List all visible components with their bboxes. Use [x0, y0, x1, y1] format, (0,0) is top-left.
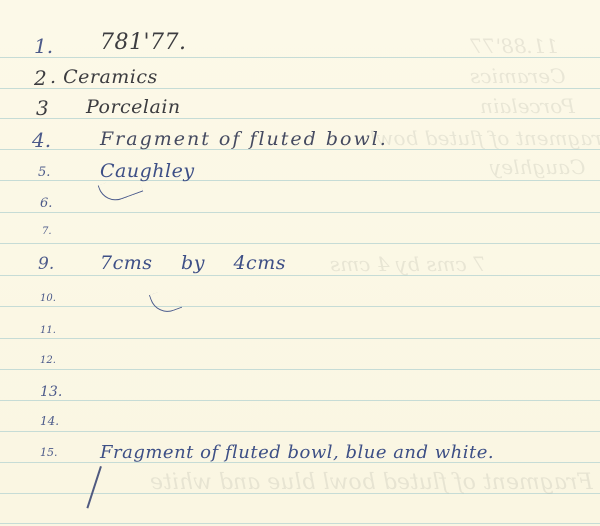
- bleed-through-text: Ceramics: [470, 64, 565, 88]
- bleed-through-text: Fragment of fluted bowl blue and white: [150, 470, 593, 495]
- bleed-through-text: Porcelain: [480, 94, 575, 118]
- ruled-line: [0, 523, 600, 524]
- bleed-through-text: Caughley: [490, 155, 585, 179]
- entry-number: 9.: [38, 254, 54, 274]
- entry-material: Porcelain: [86, 96, 181, 118]
- ruled-sheet: 11.88'77 Ceramics Porcelain Fragment of …: [0, 0, 600, 526]
- ruled-line: [0, 431, 600, 432]
- entry-number: 3: [36, 96, 49, 120]
- pen-stroke: [86, 466, 101, 508]
- bleed-through-text: 7 cms by 4 cms: [330, 252, 486, 276]
- entry-accession-number: 781'77.: [100, 30, 187, 55]
- entry-number: 15.: [40, 446, 58, 459]
- bleed-through-text: 11.88'77: [470, 34, 558, 58]
- checkmark-icon: [149, 286, 182, 317]
- entry-number: 7.: [42, 226, 52, 237]
- ruled-line: [0, 118, 600, 119]
- ruled-line: [0, 180, 600, 181]
- entry-number: 4.: [32, 128, 51, 152]
- ruled-line: [0, 275, 600, 276]
- entry-number: 13.: [40, 384, 62, 400]
- entry-number: 11.: [40, 325, 56, 336]
- entry-dimensions: 7cms by 4cms: [100, 252, 286, 274]
- ruled-line: [0, 243, 600, 244]
- bleed-through-text: Fragment of fluted bowl: [370, 126, 600, 150]
- ruled-line: [0, 88, 600, 89]
- entry-number: 6.: [40, 196, 52, 211]
- ruled-line: [0, 212, 600, 213]
- entry-number: 10.: [40, 293, 56, 304]
- entry-number: 5.: [38, 165, 50, 180]
- entry-number: 2: [34, 66, 47, 90]
- entry-number: 1.: [34, 34, 53, 58]
- ruled-line: [0, 369, 600, 370]
- entry-full-description: Fragment of fluted bowl, blue and white.: [100, 442, 494, 463]
- ruled-line: [0, 338, 600, 339]
- ruled-line: [0, 400, 600, 401]
- entry-category: . Ceramics: [50, 66, 158, 88]
- entry-number: 14.: [40, 414, 59, 428]
- ruled-line: [0, 306, 600, 307]
- entry-description: Fragment of fluted bowl.: [100, 128, 388, 150]
- entry-number: 12.: [40, 355, 56, 366]
